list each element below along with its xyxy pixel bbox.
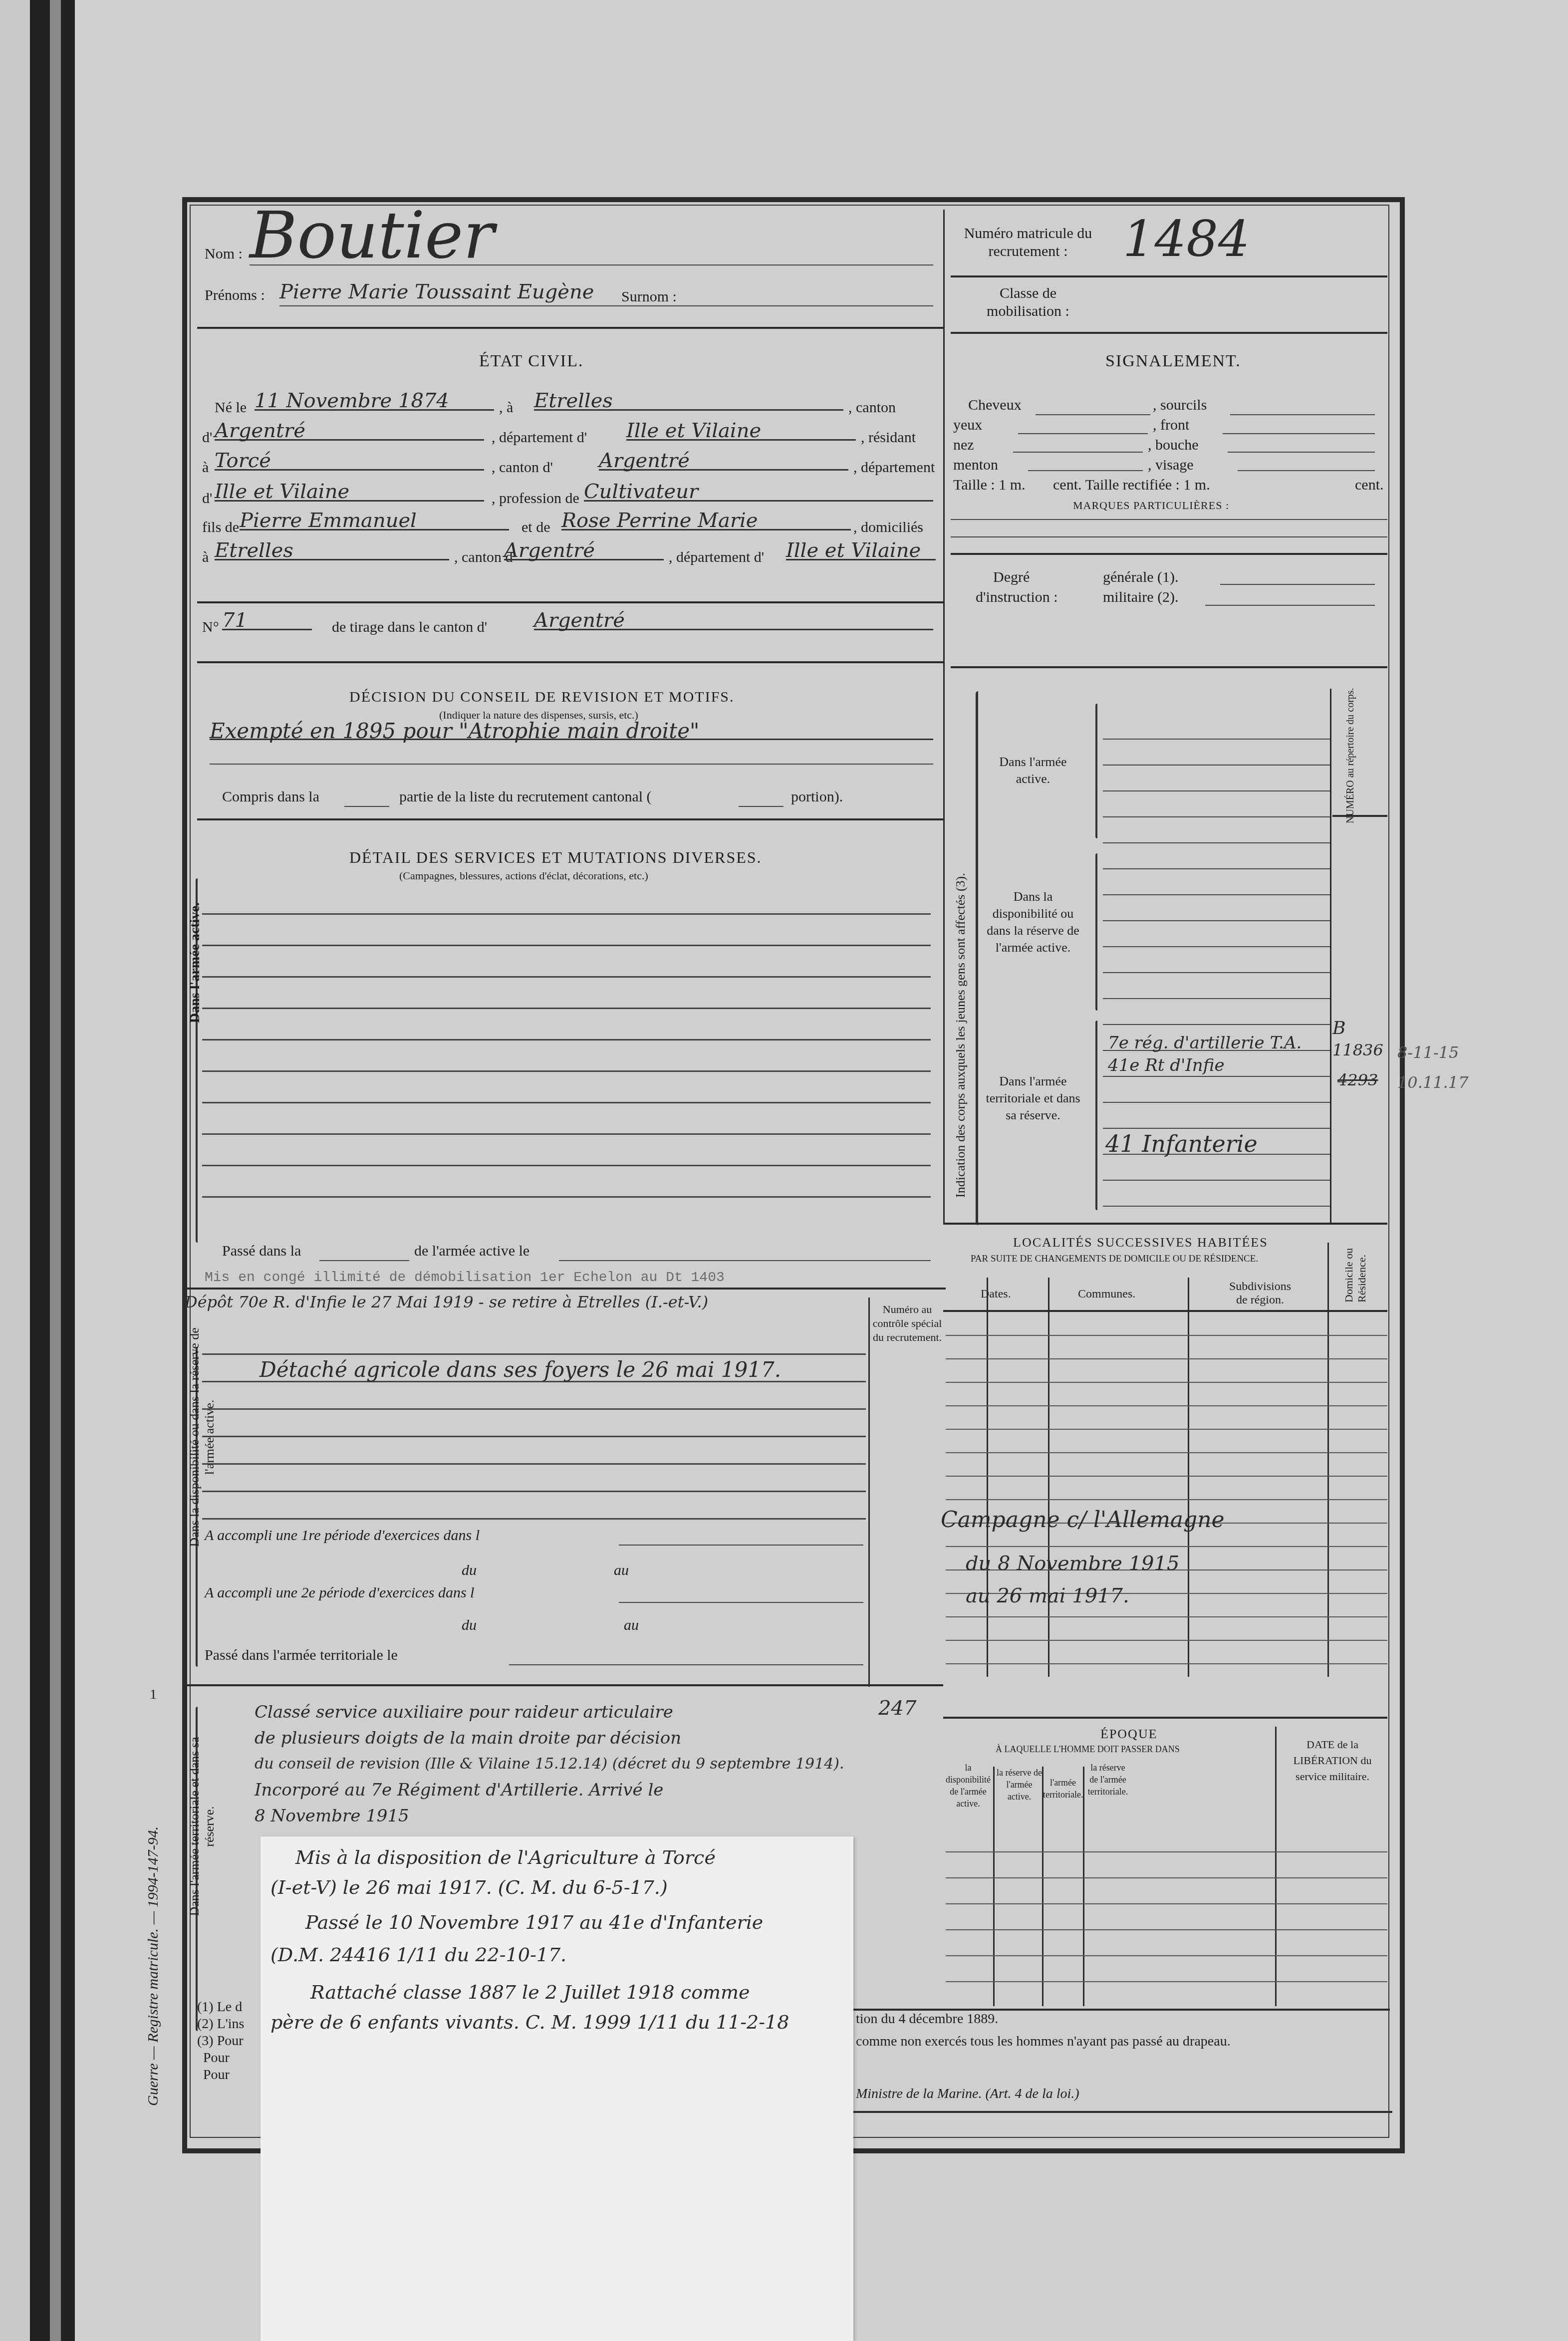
decision-line — [210, 764, 933, 765]
residant-a-label: à — [202, 459, 209, 476]
pasted-note: Mis à la disposition de l'Agriculture à … — [261, 1836, 853, 2341]
passe-territoriale-blank — [509, 1664, 863, 1665]
nom-label: Nom : — [205, 246, 243, 262]
epoque-subtitle: À LAQUELLE L'HOMME DOIT PASSER DANS — [996, 1744, 1180, 1755]
margin-mark: B — [1332, 1018, 1345, 1039]
residant-departement-label: , département — [853, 459, 935, 476]
divider — [182, 1288, 946, 1290]
binding-edge — [50, 0, 61, 2341]
nom-line — [250, 264, 933, 265]
sourcils-blank — [1230, 414, 1375, 415]
footnote: (2) L'ins — [197, 2016, 244, 2033]
bouche-blank — [1228, 452, 1375, 453]
classe-label: Classe de mobilisation : — [963, 284, 1093, 320]
compris-portion-blank — [739, 806, 784, 807]
stamp-line-2: Dépôt 70e R. d'Infie le 27 Mai 1919 - se… — [185, 1293, 708, 1311]
domicilies-label: , domiciliés — [853, 519, 923, 536]
canton-label: , canton — [848, 399, 896, 416]
pasted-line: Mis à la disposition de l'Agriculture à … — [295, 1846, 716, 1868]
divider — [1332, 815, 1387, 817]
brace — [1095, 1021, 1097, 1210]
divider — [951, 666, 1387, 668]
compris-label-2: partie de la liste du recrutement canton… — [399, 788, 652, 805]
militaire-blank — [1205, 605, 1375, 606]
canton-prefix: d' — [202, 429, 212, 446]
front-blank — [1223, 433, 1375, 434]
services-lines — [202, 883, 931, 1213]
note-line: 8 Novembre 1915 — [255, 1803, 868, 1829]
localites-lines — [946, 1312, 1387, 1677]
divider — [182, 1684, 943, 1686]
compris-blank — [344, 806, 389, 807]
residant-canton-label: , canton d' — [492, 459, 553, 476]
pasted-line: Passé le 10 Novembre 1917 au 41e d'Infan… — [305, 1911, 763, 1933]
side-caption: Guerre — Registre matricule. — 1994-147-… — [145, 1826, 162, 2106]
decision-value: Exempté en 1895 pour "Atrophie main droi… — [210, 719, 933, 740]
footnote: (1) Le d — [197, 1999, 244, 2016]
taille-label: Taille : 1 m. — [953, 477, 1026, 494]
decision-title: DÉCISION DU CONSEIL DE REVISION ET MOTIF… — [349, 689, 735, 706]
passe-label-1: Passé dans la — [222, 1243, 301, 1260]
residant-departement-prefix: d' — [202, 490, 212, 507]
epoque-col-2: la réserve de l'armée active. — [996, 1767, 1043, 1803]
nez-label: nez — [953, 437, 974, 454]
visage-label: , visage — [1148, 457, 1194, 474]
ne-le-value: 11 Novembre 1874 — [255, 389, 494, 411]
pasted-line: Rattaché classe 1887 le 2 Juillet 1918 c… — [310, 1981, 750, 2003]
divider — [197, 818, 943, 820]
bouche-label: , bouche — [1148, 437, 1199, 454]
divider — [197, 661, 943, 663]
divider — [943, 1717, 1387, 1719]
brace — [976, 691, 978, 1225]
periode1-label: A accompli une 1re période d'exercices d… — [205, 1527, 480, 1544]
domicilies-a-value: Etrelles — [215, 539, 449, 560]
taille-cent-label: cent. Taille rectifiée : 1 m. — [1053, 477, 1210, 494]
prenoms-label: Prénoms : — [205, 287, 265, 304]
generale-label: générale (1). — [1103, 569, 1179, 586]
compris-label-1: Compris dans la — [222, 788, 319, 805]
note-line: du conseil de revision (Ille & Vilaine 1… — [255, 1751, 868, 1777]
epoque-col-3: l'armée territoriale. — [1043, 1777, 1083, 1801]
note-line: Incorporé au 7e Régiment d'Artillerie. A… — [255, 1777, 868, 1803]
section-territoriale-label: Dans l'armée territoriale et dans sa rés… — [187, 1722, 217, 1931]
passe-territoriale-label: Passé dans l'armée territoriale le — [205, 1647, 398, 1664]
a-label: , à — [499, 399, 513, 416]
periode1-du-label: du — [462, 1562, 477, 1579]
epoque-lines — [946, 1826, 1387, 2001]
epoque-col-1: la disponibilité de l'armée active. — [943, 1762, 993, 1810]
profession-value: Cultivateur — [584, 480, 933, 502]
stamp-line-1: Mis en congé illimité de démobilisation … — [205, 1270, 725, 1286]
marques-line — [951, 519, 1387, 520]
residant-label: , résidant — [861, 429, 916, 446]
corps-entry-date: 8-11-15 — [1397, 1043, 1459, 1062]
col-subdivisions: Subdivisions de région. — [1223, 1280, 1298, 1307]
col-communes: Communes. — [1078, 1288, 1135, 1301]
pere-value: Pierre Emmanuel — [240, 509, 509, 530]
prenoms-line — [279, 305, 933, 306]
ne-le-label: Né le — [215, 399, 247, 416]
marques-label: MARQUES PARTICULIÈRES : — [1073, 499, 1229, 512]
footnotes-left: (1) Le d (2) L'ins (3) Pour Pour Pour — [197, 1999, 244, 2083]
campaign-note-3: au 26 mai 1917. — [966, 1584, 1129, 1607]
profession-label: , profession de — [492, 490, 579, 507]
menton-blank — [1028, 470, 1143, 471]
date-liberation-label: DATE de la LIBÉRATION du service militai… — [1283, 1737, 1382, 1785]
compris-label-3: portion). — [791, 788, 843, 805]
services-title: DÉTAIL DES SERVICES ET MUTATIONS DIVERSE… — [349, 848, 762, 867]
matricule-value: 1484 — [1123, 210, 1250, 268]
passe-blank — [319, 1260, 409, 1261]
column-divider — [943, 210, 945, 1223]
nom-value: Boutier — [250, 197, 494, 273]
dispo-lines — [202, 1327, 866, 1522]
divider — [853, 2009, 1390, 2011]
pasted-line: (I-et-V) le 26 mai 1917. (C. M. du 6-5-1… — [270, 1876, 668, 1898]
nez-blank — [1013, 452, 1143, 453]
localites-subtitle: PAR SUITE DE CHANGEMENTS DE DOMICILE OU … — [971, 1254, 1258, 1265]
col-dates: Dates. — [981, 1288, 1011, 1301]
mere-value: Rose Perrine Marie — [561, 509, 851, 530]
divider — [943, 1223, 1387, 1225]
prenoms-value: Pierre Marie Toussaint Eugène — [279, 280, 594, 303]
campaign-note-2: du 8 Novembre 1915 — [966, 1552, 1179, 1575]
header-rule — [943, 1310, 1387, 1312]
corps-entry-numero: 4293 — [1337, 1070, 1378, 1089]
column-divider — [1330, 689, 1331, 1223]
periode1-blank — [619, 1545, 863, 1546]
pasted-line: père de 6 enfants vivants. C. M. 1999 1/… — [270, 2011, 789, 2033]
corps-entry-text: 7e rég. d'artillerie T.A. — [1108, 1033, 1302, 1053]
footnote: Pour — [197, 2067, 244, 2083]
footnote: (3) Pour — [197, 2033, 244, 2050]
services-subtitle: (Campagnes, blessures, actions d'éclat, … — [399, 869, 648, 882]
surnom-label: Surnom : — [621, 288, 677, 305]
footnote: Pour — [197, 2050, 244, 2067]
corps-group-dispo-label: Dans la disponibilité ou dans la réserve… — [986, 888, 1080, 956]
corps-entry-date: 10.11.17 — [1397, 1073, 1469, 1092]
divider — [197, 327, 943, 329]
epoque-col-4: la réserve de l'armée territoriale. — [1085, 1762, 1130, 1798]
brace — [1095, 853, 1097, 1011]
signalement-title: SIGNALEMENT. — [1105, 352, 1241, 371]
taille-cent-end: cent. — [1355, 477, 1383, 494]
etat-civil-title: ÉTAT CIVIL. — [479, 352, 583, 371]
domicilies-a-label: à — [202, 549, 209, 566]
cheveux-label: Cheveux — [968, 397, 1022, 414]
marques-line — [951, 536, 1387, 537]
note-line: de plusieurs doigts de la main droite pa… — [255, 1725, 868, 1751]
periode2-blank — [619, 1602, 863, 1603]
pasted-line: (D.M. 24416 1/11 du 22-10-17. — [270, 1944, 566, 1966]
divider — [197, 601, 943, 603]
menton-label: menton — [953, 457, 998, 474]
passe-label-2: de l'armée active le — [414, 1243, 529, 1260]
divider — [951, 553, 1387, 555]
domicilies-canton-value: Argentré — [504, 539, 664, 560]
degre-label-2: d'instruction : — [976, 589, 1058, 606]
yeux-blank — [1018, 433, 1148, 434]
periode1-au-label: au — [614, 1562, 629, 1579]
footnote-right-2: comme non exercés tous les hommes n'ayan… — [856, 2034, 1231, 2050]
localites-title: LOCALITÉS SUCCESSIVES HABITÉES — [1013, 1235, 1268, 1250]
lieu-naissance-value: Etrelles — [534, 389, 843, 411]
front-label: , front — [1153, 417, 1189, 434]
col-domicile: Domicile ou Résidence. — [1342, 1213, 1368, 1302]
column-divider — [868, 1298, 870, 1687]
section-active-label: Dans l'armée active. — [187, 902, 203, 1023]
note-line: Classé service auxiliaire pour raideur a… — [255, 1699, 868, 1725]
periode2-du-label: du — [462, 1617, 477, 1634]
residant-canton-value: Argentré — [599, 449, 848, 471]
militaire-label: militaire (2). — [1103, 589, 1179, 606]
territoriale-note: Classé service auxiliaire pour raideur a… — [255, 1699, 868, 1829]
numero-repertoire-label: NUMÉRO au répertoire du corps. — [1345, 688, 1356, 823]
yeux-label: yeux — [953, 417, 982, 434]
tirage-no-value: 71 — [222, 609, 312, 630]
campaign-note-1: Campagne c/ l'Allemagne — [941, 1507, 1225, 1533]
periode2-au-label: au — [624, 1617, 639, 1634]
dispo-note: Détaché agricole dans ses foyers le 26 m… — [260, 1357, 781, 1382]
footnote-right-1: tion du 4 décembre 1889. — [856, 2011, 998, 2027]
departement-label: , département d' — [492, 429, 587, 446]
et-de-label: et de — [522, 519, 550, 536]
tirage-canton-label: de tirage dans le canton d' — [332, 619, 487, 636]
divider — [951, 275, 1387, 277]
brace — [1095, 704, 1097, 838]
territoriale-numero: 247 — [878, 1697, 916, 1720]
divider — [951, 332, 1387, 334]
page-mark: 1 — [150, 1687, 157, 1703]
residant-departement-value: Ille et Vilaine — [215, 480, 484, 502]
epoque-title: ÉPOQUE — [1100, 1727, 1158, 1742]
cheveux-blank — [1036, 414, 1150, 415]
generale-blank — [1220, 584, 1375, 585]
departement-naissance-value: Ille et Vilaine — [626, 419, 856, 441]
corps-entry-text: 41e Rt d'Infie — [1108, 1055, 1225, 1075]
corps-group-territoriale-label: Dans l'armée territoriale et dans sa rés… — [986, 1073, 1080, 1124]
tirage-canton-value: Argentré — [534, 609, 933, 630]
visage-blank — [1238, 470, 1375, 471]
numero-controle-label: Numéro au contrôle spécial du recrutemen… — [872, 1302, 942, 1344]
passe-date-blank — [559, 1260, 931, 1261]
periode2-label: A accompli une 2e période d'exercices da… — [205, 1584, 474, 1601]
residence-value: Torcé — [215, 449, 484, 471]
corps-vertical-label: Indication des corps auxquels les jeunes… — [953, 873, 968, 1198]
corps-entry-text: 41 Infanterie — [1105, 1130, 1258, 1157]
domicilies-departement-value: Ille et Vilaine — [786, 539, 936, 560]
canton-naissance-value: Argentré — [215, 419, 484, 441]
matricule-label: Numéro matricule du recrutement : — [963, 225, 1093, 260]
domicilies-departement-label: , département d' — [669, 549, 764, 566]
divider — [853, 2111, 1392, 2113]
footnote-right-3: Ministre de la Marine. (Art. 4 de la loi… — [856, 2086, 1079, 2102]
fils-de-label: fils de — [202, 519, 239, 536]
degre-label-1: Degré — [993, 569, 1030, 586]
sourcils-label: , sourcils — [1153, 397, 1207, 414]
corps-entry-numero: 11836 — [1332, 1040, 1383, 1059]
corps-group-active-label: Dans l'armée active. — [986, 754, 1080, 787]
tirage-no-label: N° — [202, 619, 219, 636]
